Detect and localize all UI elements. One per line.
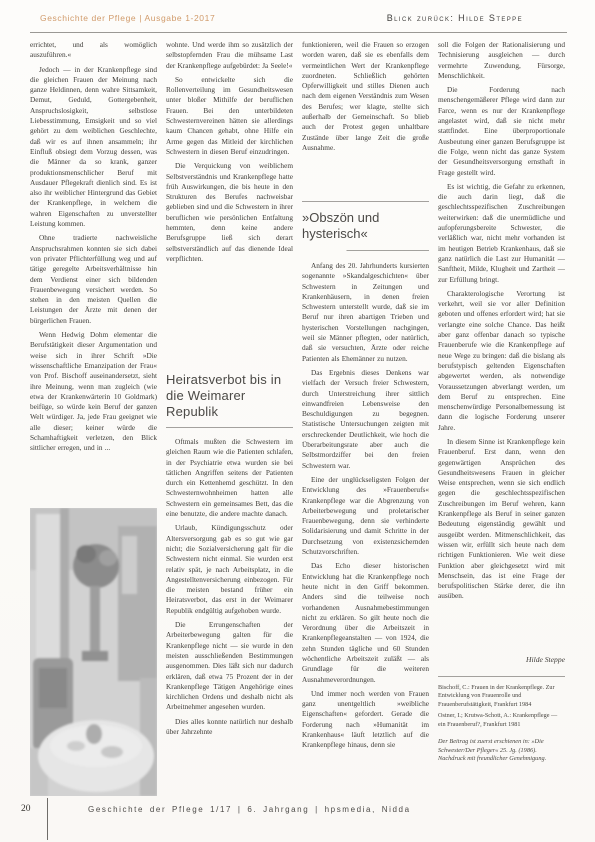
column-2-text-after: Oftmals mußten die Schwestern im gleiche… — [166, 437, 293, 805]
header-rule — [30, 32, 567, 33]
column-4-text: soll die Folgen der Rationalisierung und… — [438, 40, 565, 652]
paragraph: Ohne tradierte nachweisliche Anspruchsra… — [30, 233, 157, 326]
paragraph: Das Echo dieser historischen Entwicklung… — [302, 561, 429, 685]
author-signature: Hilde Steppe — [438, 655, 565, 664]
column-1: errichtet, und als womöglich auszuführen… — [30, 40, 157, 806]
pull-quote-rule-bottom — [302, 250, 429, 251]
paragraph: So entwickelte sich die Rollenverteilung… — [166, 75, 293, 157]
footer-text: Geschichte der Pflege 1/17 | 6. Jahrgang… — [88, 805, 411, 814]
paragraph: Bischoff, C.: Frauen in der Krankenpfleg… — [438, 684, 565, 709]
paragraph: soll die Folgen der Rationalisierung und… — [438, 40, 565, 81]
journal-page: Geschichte der Pflege | Ausgabe 1-2017 B… — [0, 0, 595, 842]
section-author-header: Blick zurück: Hilde Steppe — [387, 13, 523, 23]
page-number: 20 — [21, 804, 31, 814]
column-4: soll die Folgen der Rationalisierung und… — [438, 40, 565, 806]
paragraph: Eine der unglückseligsten Folgen der Ent… — [302, 475, 429, 557]
article-columns: errichtet, und als womöglich auszuführen… — [30, 40, 566, 806]
subheading-heiratsverbot: Heiratsverbot bis in die Weimarer Republ… — [166, 372, 293, 420]
pull-quote-rule-top — [302, 201, 429, 202]
paragraph: Die Forderung nach menschengemäßerer Pfl… — [438, 85, 565, 178]
references-list: Bischoff, C.: Frauen in der Krankenpfleg… — [438, 684, 565, 729]
column-2: wohnte. Und werde ihm so zusätzlich der … — [166, 40, 293, 806]
paragraph: Ostner, I.; Krutwa-Schott, A.: Krankenpf… — [438, 712, 565, 729]
references-rule — [438, 676, 565, 677]
column-1-text: errichtet, und als womöglich auszuführen… — [30, 40, 157, 502]
page-header: Geschichte der Pflege | Ausgabe 1-2017 B… — [40, 13, 523, 23]
paragraph: Es ist wichtig, die Gefahr zu erkennen, … — [438, 182, 565, 285]
historical-photo-image — [30, 508, 157, 796]
column-3-text-before: funktionieren, weil die Frauen so erzoge… — [302, 40, 429, 192]
paragraph: errichtet, und als womöglich auszuführen… — [30, 40, 157, 61]
paragraph: wohnte. Und werde ihm so zusätzlich der … — [166, 40, 293, 71]
paragraph: funktionieren, weil die Frauen so erzoge… — [302, 40, 429, 153]
footer-divider — [47, 798, 48, 840]
paragraph: Charakterologische Verortung ist verkehr… — [438, 289, 565, 433]
paragraph: Jedoch — in der Krankenpflege sind die g… — [30, 65, 157, 230]
paragraph: Die Errungenschaften der Arbeiterbewegun… — [166, 620, 293, 713]
column-3: funktionieren, weil die Frauen so erzoge… — [302, 40, 429, 806]
paragraph: Die Verquickung von weiblichem Selbstver… — [166, 161, 293, 264]
subheading-rule — [166, 427, 293, 428]
paragraph: Anfang des 20. Jahrhunderts kursierten s… — [302, 261, 429, 364]
page-footer: 20 Geschichte der Pflege 1/17 | 6. Jahrg… — [0, 802, 595, 842]
paragraph: Das Ergebnis dieses Denkens war vielfach… — [302, 368, 429, 471]
paragraph: In diesem Sinne ist Krankenpflege kein F… — [438, 437, 565, 602]
paragraph: Oftmals mußten die Schwestern im gleiche… — [166, 437, 293, 519]
paragraph: Und immer noch werden von Frauen ganz un… — [302, 689, 429, 751]
source-note: Der Beitrag ist zuerst erschienen in: »D… — [438, 738, 565, 764]
journal-issue-header: Geschichte der Pflege | Ausgabe 1-2017 — [40, 13, 215, 23]
pull-quote: »Obszön und hysterisch« — [302, 210, 429, 242]
column-3-text-after: Anfang des 20. Jahrhunderts kursierten s… — [302, 261, 429, 805]
paragraph: Dies alles konnte natürlich nur deshalb … — [166, 717, 293, 738]
paragraph: Wenn Hedwig Dohm elementar die Berufstät… — [30, 330, 157, 454]
column-2-text-before: wohnte. Und werde ihm so zusätzlich der … — [166, 40, 293, 362]
paragraph: Urlaub, Kündigungsschutz oder Altersvers… — [166, 523, 293, 616]
historical-photo — [30, 508, 157, 796]
